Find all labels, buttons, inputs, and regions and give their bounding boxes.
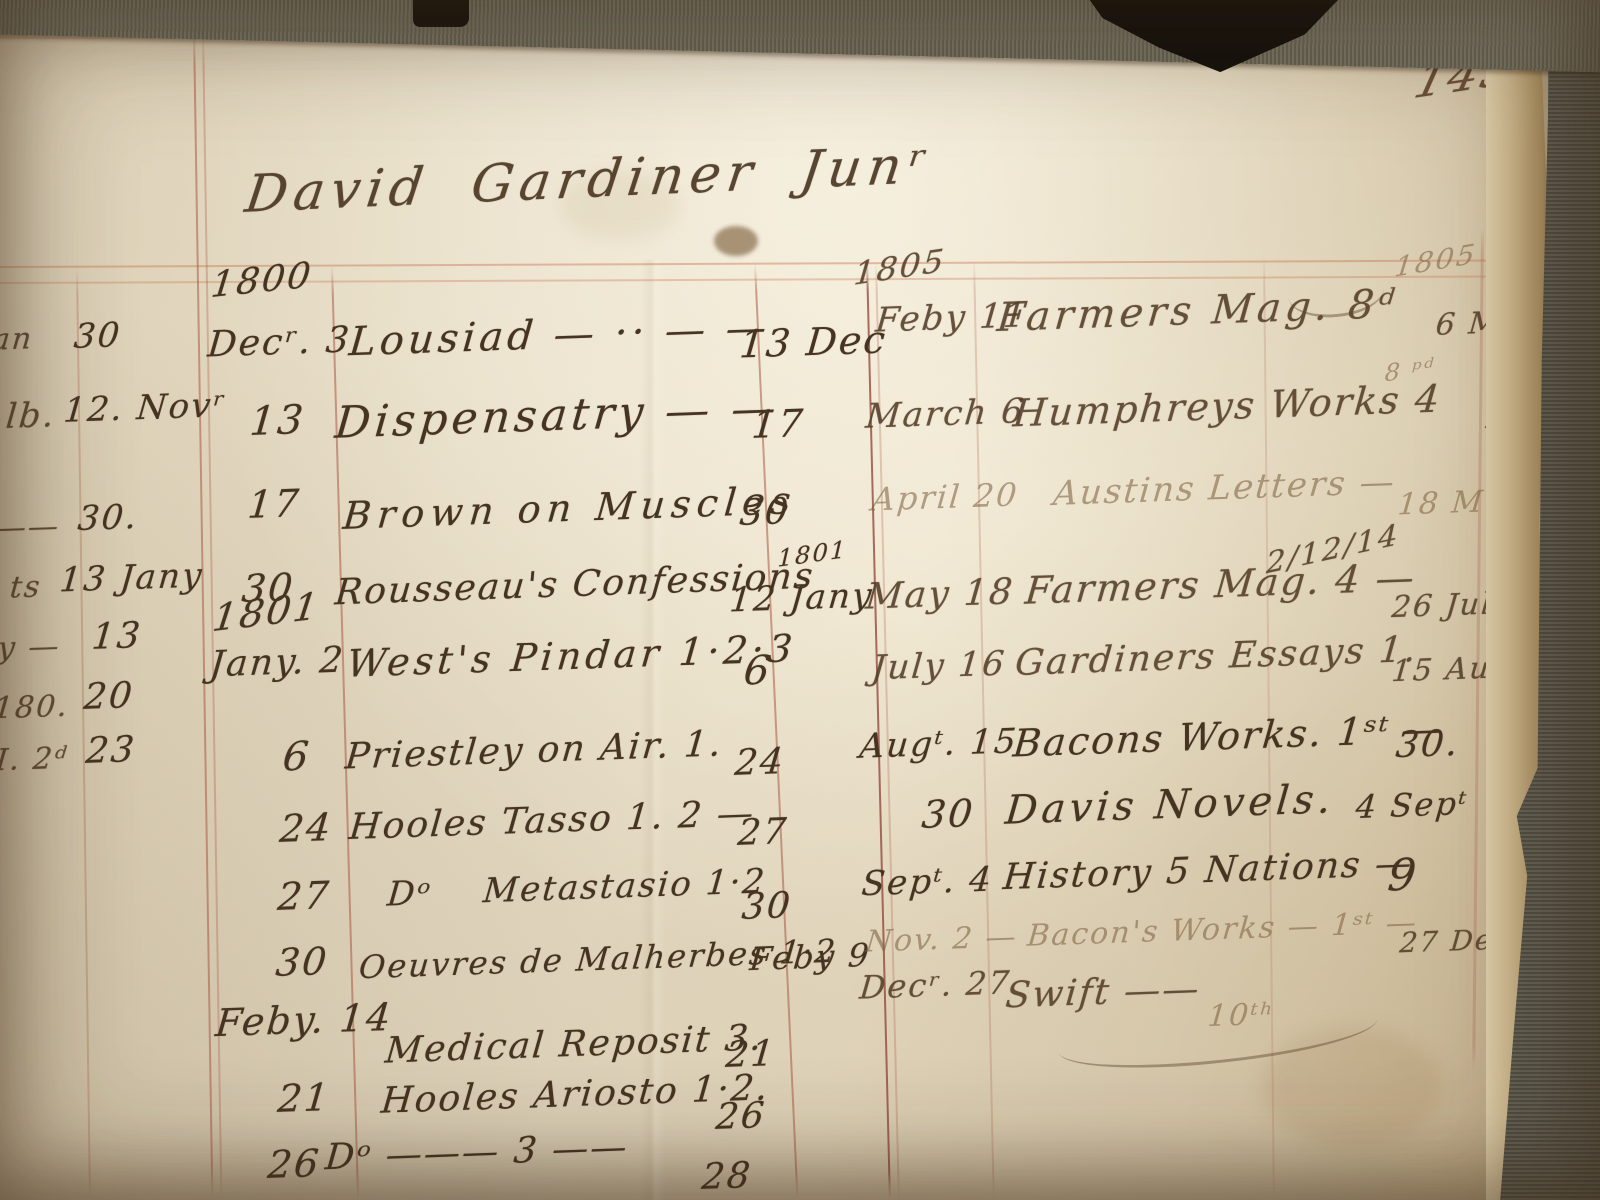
- entry-date: Feby. 14: [214, 995, 395, 1045]
- margin-entry-fragment: y —: [0, 629, 62, 666]
- margin-entry-value: 13 Jany: [58, 556, 205, 601]
- entry-date: July 16: [870, 644, 1008, 689]
- entry-date: May 18: [864, 571, 1016, 617]
- entry-date: 13: [248, 397, 307, 445]
- entry-date: Nov. 2 —: [864, 919, 1019, 959]
- entry-return-date: 13 Dec: [738, 317, 889, 366]
- margin-entry-fragment: lb.: [4, 395, 57, 437]
- entry-date: 21: [276, 1075, 332, 1121]
- entry-title: Swift ——: [1004, 969, 1203, 1017]
- entry-date: 26: [266, 1141, 322, 1187]
- entry-date: 27: [276, 873, 332, 919]
- entry-date: 24: [278, 805, 334, 851]
- entry-return-date: 6: [742, 648, 774, 695]
- entry-return-date: 24: [733, 741, 787, 784]
- ledger-photograph: 145 David Gardiner Junʳ an 30 lb. 12. No…: [0, 0, 1600, 1200]
- entry-return-date: 18 M: [1396, 485, 1486, 523]
- entry-return-date: 30: [738, 491, 792, 534]
- margin-entry-value: 23: [84, 729, 138, 772]
- entry-date: March 6: [864, 391, 1027, 437]
- margin-entry-fragment: an: [0, 321, 35, 357]
- entry-date: Augᵗ. 15: [858, 721, 1020, 766]
- entry-return-date: 30: [740, 885, 794, 928]
- margin-entry-value: 30.: [76, 497, 140, 539]
- entry-date: Decʳ. 27: [858, 963, 1013, 1006]
- book-board-chip: [413, 0, 469, 27]
- entry-date: Jany. 2: [208, 640, 347, 686]
- margin-entry-fragment: I. 2ᵈ: [0, 741, 70, 778]
- margin-entry-fragment: ——: [0, 509, 62, 546]
- entry-return-date: 4 Sepᵗ: [1354, 784, 1470, 826]
- entry-date: Sepᵗ. 4: [860, 860, 995, 905]
- entry-date: 6: [281, 734, 313, 781]
- entry-date: Decʳ. 3: [206, 320, 353, 366]
- entry-date: 30: [274, 939, 330, 985]
- margin-entry-value: 20: [82, 675, 136, 718]
- entry-return-date: 27: [736, 811, 790, 854]
- entry-return-date: 28: [700, 1155, 754, 1198]
- entry-return-date: Feby 9: [748, 936, 872, 978]
- entry-date: April 20: [870, 475, 1020, 518]
- entry-date: 30: [920, 791, 976, 837]
- entry-return-date: 26: [714, 1095, 768, 1138]
- entry-return-date: 9: [1386, 849, 1421, 901]
- ink-blot: [714, 226, 758, 256]
- entry-return-date: 30.: [1394, 723, 1461, 766]
- margin-entry-fragment: 180.: [0, 689, 70, 727]
- entry-return-date: 17: [750, 401, 806, 447]
- margin-entry-fragment: ts: [8, 569, 43, 605]
- entry-return-date: 12 Jany: [728, 576, 875, 621]
- entry-date: 17: [246, 481, 302, 527]
- margin-entry-value: 13: [90, 615, 144, 658]
- margin-entry-value: 30: [72, 315, 123, 357]
- margin-entry-value: 12. Novʳ: [62, 385, 228, 431]
